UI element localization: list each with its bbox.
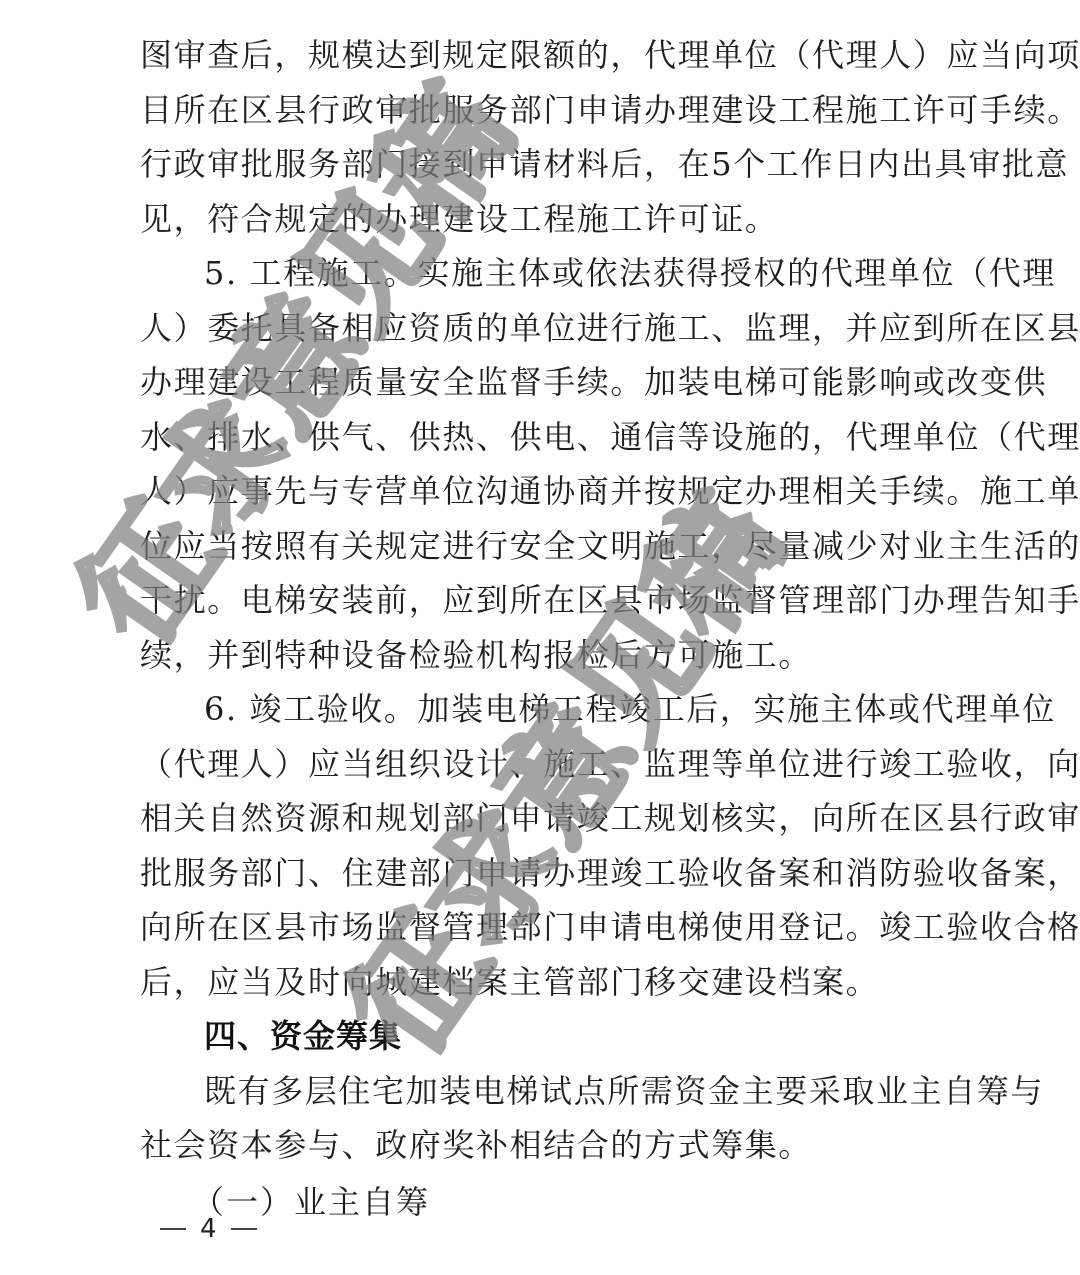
text-line: 人）委托具备相应资质的单位进行施工、监理，并应到所在区县 <box>140 301 940 356</box>
text-line: 人）应事先与专营单位沟通协商并按规定办理相关手续。施工单 <box>140 464 940 519</box>
text-line: 向所在区县市场监督管理部门申请电梯使用登记。竣工验收合格 <box>140 900 940 955</box>
paragraph-continuation: 图审查后，规模达到规定限额的，代理单位（代理人）应当向项 目所在区县行政审批服务… <box>140 28 940 246</box>
paragraph-construction: 5. 工程施工。实施主体或依法获得授权的代理单位（代理 人）委托具备相应资质的单… <box>140 246 940 682</box>
dash-left <box>160 1228 186 1230</box>
text-line: 5. 工程施工。实施主体或依法获得授权的代理单位（代理 <box>140 246 940 301</box>
text-line: 既有多层住宅加装电梯试点所需资金主要采取业主自筹与 <box>140 1064 940 1119</box>
text-line: 行政审批服务部门接到申请材料后，在5个工作日内出具审批意 <box>140 137 940 192</box>
text-line: 水、排水、供气、供热、供电、通信等设施的，代理单位（代理 <box>140 410 940 465</box>
text-line: 社会资本参与、政府奖补相结合的方式筹集。 <box>140 1118 940 1173</box>
paragraph-funding: 既有多层住宅加装电梯试点所需资金主要采取业主自筹与 社会资本参与、政府奖补相结合… <box>140 1064 940 1173</box>
text-line: 相关自然资源和规划部门申请竣工规划核实，向所在区县行政审 <box>140 791 940 846</box>
text-line: 见，符合规定的办理建设工程施工许可证。 <box>140 192 940 247</box>
subheading-owner-self-funding: （一）业主自筹 <box>140 1173 940 1231</box>
text-line: 干扰。电梯安装前，应到所在区县市场监督管理部门办理告知手 <box>140 573 940 628</box>
section-heading-funding: 四、资金筹集 <box>140 1009 940 1064</box>
page-number-value: 4 <box>200 1214 217 1244</box>
text-line: 续，并到特种设备检验机构报检后方可施工。 <box>140 628 940 683</box>
text-line: 位应当按照有关规定进行安全文明施工，尽量减少对业主生活的 <box>140 519 940 574</box>
text-line: 后，应当及时向城建档案主管部门移交建设档案。 <box>140 955 940 1010</box>
text-line: （代理人）应当组织设计、施工、监理等单位进行竣工验收，向 <box>140 737 940 792</box>
dash-right <box>231 1228 257 1230</box>
text-line: 目所在区县行政审批服务部门申请办理建设工程施工许可手续。 <box>140 83 940 138</box>
paragraph-acceptance: 6. 竣工验收。加装电梯工程竣工后，实施主体或代理单位 （代理人）应当组织设计、… <box>140 682 940 1009</box>
document-body: 图审查后，规模达到规定限额的，代理单位（代理人）应当向项 目所在区县行政审批服务… <box>140 28 940 1231</box>
text-line: 图审查后，规模达到规定限额的，代理单位（代理人）应当向项 <box>140 28 940 83</box>
page-number: 4 <box>160 1214 257 1244</box>
text-line: 批服务部门、住建部门申请办理竣工验收备案和消防验收备案， <box>140 846 940 901</box>
text-line: 办理建设工程质量安全监督手续。加装电梯可能影响或改变供 <box>140 355 940 410</box>
document-page: 图审查后，规模达到规定限额的，代理单位（代理人）应当向项 目所在区县行政审批服务… <box>0 0 1080 1275</box>
text-line: 6. 竣工验收。加装电梯工程竣工后，实施主体或代理单位 <box>140 682 940 737</box>
